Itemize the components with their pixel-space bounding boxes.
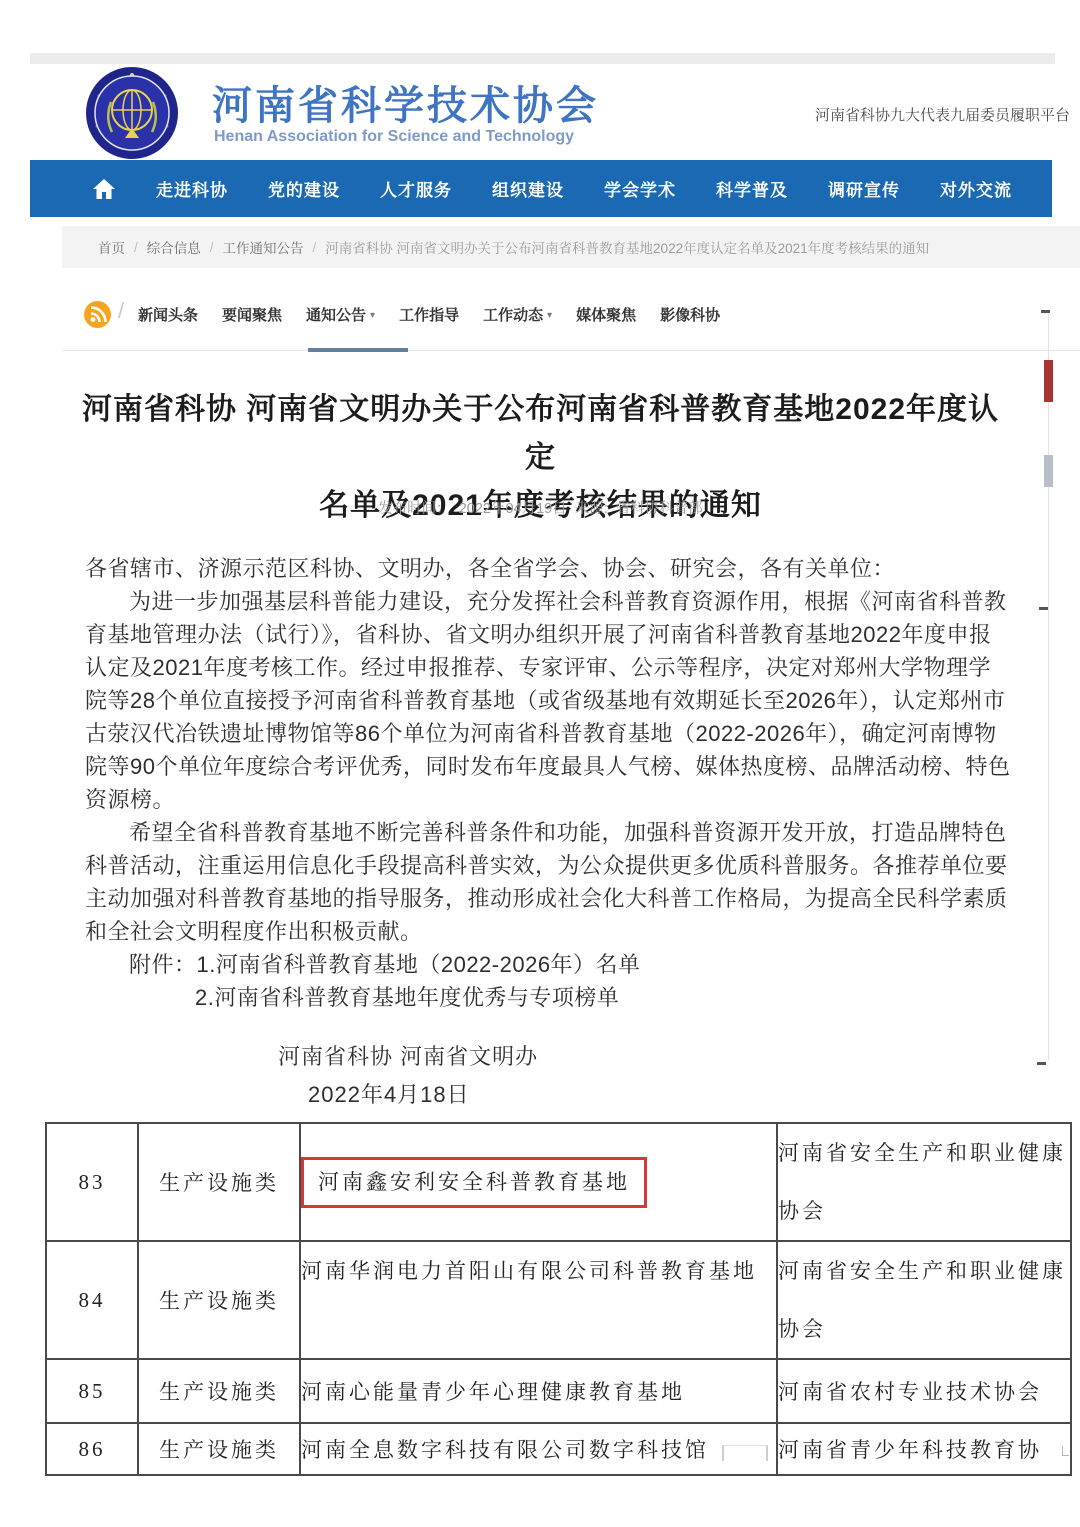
breadcrumb-item-1[interactable]: 首页 — [98, 237, 125, 257]
nav-item-1[interactable]: 走进科协 — [156, 176, 228, 201]
cell-base-name: 河南鑫安利安全科普教育基地 — [300, 1123, 777, 1241]
home-icon[interactable] — [92, 177, 116, 201]
tab-label: 工作指导 — [399, 307, 459, 324]
tab-3[interactable]: 通知公告▾ — [306, 304, 375, 325]
page-artifact — [1062, 1446, 1069, 1456]
nav-item-8[interactable]: 对外交流 — [940, 176, 1012, 201]
highlight-box: 河南鑫安利安全科普教育基地 — [301, 1157, 647, 1208]
base-name-text: 河南鑫安利安全科普教育基地 — [318, 1170, 630, 1194]
subnav-divider — [62, 350, 1080, 351]
paragraph-3: 希望全省科普教育基地不断完善科普条件和功能，加强科普资源开发开放，打造品牌特色科… — [85, 816, 1013, 948]
tab-6[interactable]: 媒体聚焦 — [576, 304, 636, 325]
table-row: 85生产设施类河南心能量青少年心理健康教育基地河南省农村专业技术协会 — [46, 1359, 1071, 1423]
rss-icon[interactable] — [84, 301, 111, 328]
edge-dash — [1039, 607, 1048, 610]
breadcrumb-item-3[interactable]: 工作通知公告 — [223, 237, 304, 257]
cell-base-name: 河南心能量青少年心理健康教育基地 — [300, 1359, 777, 1423]
tab-label: 影像科协 — [660, 307, 720, 324]
table-row: 86生产设施类河南全息数字科技有限公司数字科技馆河南省青少年科技教育协 — [46, 1423, 1071, 1475]
sub-nav: / 新闻头条要闻聚焦通知公告▾工作指导工作动态▾媒体聚焦影像科协 — [62, 292, 1080, 354]
cell-recommending-org: 河南省农村专业技术协会 — [777, 1359, 1071, 1423]
tab-4[interactable]: 工作指导 — [399, 304, 459, 325]
source-label: 来源: — [575, 501, 608, 517]
tab-1[interactable]: 新闻头条 — [138, 304, 198, 325]
site-header: 河南省科学技术协会 Henan Association for Science … — [30, 64, 1080, 160]
table-row: 84生产设施类河南华润电力首阳山有限公司科普教育基地河南省安全生产和职业健康协会 — [46, 1241, 1071, 1359]
cell-recommending-org: 河南省安全生产和职业健康协会 — [777, 1241, 1071, 1359]
page-artifact — [722, 1445, 768, 1461]
breadcrumb-separator: / — [313, 240, 317, 255]
article-meta: 发布时间： 2022年04月19日 来源: 省科协科普部 — [68, 497, 1013, 518]
cell-number: 86 — [46, 1423, 138, 1475]
platform-link[interactable]: 河南省科协九大代表九届委员履职平台 — [815, 104, 1070, 125]
cell-number: 84 — [46, 1241, 138, 1359]
cell-base-name: 河南华润电力首阳山有限公司科普教育基地 — [300, 1241, 777, 1359]
tab-label: 通知公告 — [306, 307, 366, 324]
tab-label: 要闻聚焦 — [222, 307, 282, 324]
chevron-down-icon: ▾ — [370, 310, 375, 321]
breadcrumb-separator: / — [134, 240, 138, 255]
nav-item-5[interactable]: 学会学术 — [604, 176, 676, 201]
tab-2[interactable]: 要闻聚焦 — [222, 304, 282, 325]
cell-category: 生产设施类 — [138, 1241, 300, 1359]
table-row: 83生产设施类河南鑫安利安全科普教育基地河南省安全生产和职业健康协会 — [46, 1123, 1071, 1241]
tab-7[interactable]: 影像科协 — [660, 304, 720, 325]
site-name-english: Henan Association for Science and Techno… — [214, 128, 574, 146]
active-tab-underline — [308, 348, 408, 352]
paragraph-5: 2.河南省科普教育基地年度优秀与专项榜单 — [85, 981, 1013, 1014]
main-nav: 走进科协党的建设人才服务组织建设学会学术科学普及调研宣传对外交流计划 — [30, 160, 1052, 217]
cell-category: 生产设施类 — [138, 1423, 300, 1475]
breadcrumb-item-4: 河南省科协 河南省文明办关于公布河南省科普教育基地2022年度认定名单及2021… — [325, 237, 929, 257]
edge-dash — [1037, 1062, 1046, 1065]
paragraph-4: 附件：1.河南省科普教育基地（2022-2026年）名单 — [85, 948, 1013, 981]
cell-category: 生产设施类 — [138, 1123, 300, 1241]
cell-number: 83 — [46, 1123, 138, 1241]
cell-category: 生产设施类 — [138, 1359, 300, 1423]
paragraph-1: 各省辖市、济源示范区科协、文明办，各全省学会、协会、研究会，各有关单位： — [85, 552, 1013, 585]
cell-recommending-org: 河南省安全生产和职业健康协会 — [777, 1123, 1071, 1241]
cell-recommending-org: 河南省青少年科技教育协 — [777, 1423, 1071, 1475]
breadcrumb-item-2[interactable]: 综合信息 — [147, 237, 201, 257]
signature-org: 河南省科协 河南省文明办 — [278, 1040, 538, 1071]
tab-label: 工作动态 — [483, 307, 543, 324]
article-body: 各省辖市、济源示范区科协、文明办，各全省学会、协会、研究会，各有关单位：为进一步… — [85, 552, 1013, 1014]
tab-label: 媒体聚焦 — [576, 307, 636, 324]
breadcrumb-separator: / — [210, 240, 214, 255]
scroll-marker-gray — [1044, 455, 1053, 487]
breadcrumb: 首页/综合信息/工作通知公告/河南省科协 河南省文明办关于公布河南省科普教育基地… — [62, 226, 1080, 268]
nav-item-6[interactable]: 科学普及 — [716, 176, 788, 201]
tab-label: 新闻头条 — [138, 307, 198, 324]
publish-time-label: 发布时间： — [378, 501, 451, 517]
signature-date: 2022年4月18日 — [308, 1078, 470, 1109]
paragraph-2: 为进一步加强基层科普能力建设，充分发挥社会科普教育资源作用，根据《河南省科普教育… — [85, 585, 1013, 816]
top-strip — [30, 53, 1055, 64]
right-edge-line — [1048, 310, 1049, 1060]
chevron-down-icon: ▾ — [547, 310, 552, 321]
nav-item-4[interactable]: 组织建设 — [492, 176, 564, 201]
nav-item-3[interactable]: 人才服务 — [380, 176, 452, 201]
source-value: 省科协科普部 — [616, 501, 703, 517]
edge-dash — [1041, 310, 1050, 313]
base-list-table: 83生产设施类河南鑫安利安全科普教育基地河南省安全生产和职业健康协会84生产设施… — [45, 1122, 1072, 1476]
tab-5[interactable]: 工作动态▾ — [483, 304, 552, 325]
publish-time-value: 2022年04月19日 — [459, 501, 567, 517]
divider-slash: / — [118, 298, 124, 324]
nav-item-2[interactable]: 党的建设 — [268, 176, 340, 201]
cell-number: 85 — [46, 1359, 138, 1423]
site-logo — [85, 66, 179, 160]
nav-item-7[interactable]: 调研宣传 — [828, 176, 900, 201]
scroll-marker-red — [1044, 360, 1053, 402]
article-title-line1: 河南省科协 河南省文明办关于公布河南省科普教育基地2022年度认定 — [68, 386, 1013, 482]
site-name: 河南省科学技术协会 — [212, 74, 599, 131]
cell-base-name: 河南全息数字科技有限公司数字科技馆 — [300, 1423, 777, 1475]
